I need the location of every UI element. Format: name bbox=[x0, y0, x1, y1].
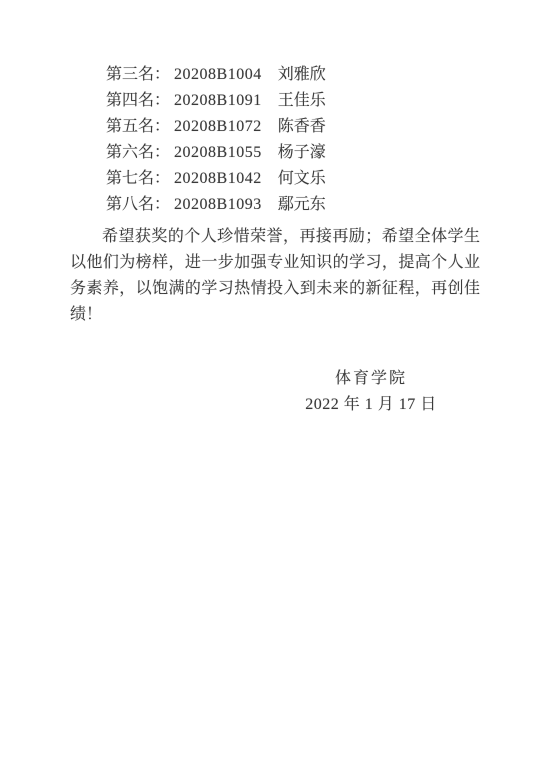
signature-date: 2022 年 1 月 17 日 bbox=[266, 392, 476, 418]
student-id: 20208B1042 bbox=[174, 170, 262, 187]
rank-label: 第八名： bbox=[106, 196, 170, 213]
closing-paragraph: 希望获奖的个人珍惜荣誉，再接再励；希望全体学生以他们为榜样，进一步加强专业知识的… bbox=[70, 224, 480, 328]
rank-label: 第六名： bbox=[106, 144, 170, 161]
rank-row: 第五名：20208B1072陈香香 bbox=[106, 114, 480, 140]
student-name: 杨子濠 bbox=[278, 144, 326, 161]
student-name: 陈香香 bbox=[278, 118, 326, 135]
student-id: 20208B1072 bbox=[174, 118, 262, 135]
student-name: 何文乐 bbox=[278, 170, 326, 187]
student-id: 20208B1055 bbox=[174, 144, 262, 161]
document-page: 第三名：20208B1004刘雅欣 第四名：20208B1091王佳乐 第五名：… bbox=[0, 0, 554, 783]
student-name: 刘雅欣 bbox=[278, 66, 326, 83]
student-id: 20208B1091 bbox=[174, 92, 262, 109]
signature-organization: 体育学院 bbox=[266, 366, 476, 392]
rank-label: 第五名： bbox=[106, 118, 170, 135]
rank-row: 第七名：20208B1042何文乐 bbox=[106, 166, 480, 192]
student-name: 鄢元东 bbox=[278, 196, 326, 213]
rank-label: 第四名： bbox=[106, 92, 170, 109]
student-id: 20208B1093 bbox=[174, 196, 262, 213]
student-id: 20208B1004 bbox=[174, 66, 262, 83]
rank-row: 第八名：20208B1093鄢元东 bbox=[106, 192, 480, 218]
document-content: 第三名：20208B1004刘雅欣 第四名：20208B1091王佳乐 第五名：… bbox=[70, 62, 480, 418]
rank-label: 第七名： bbox=[106, 170, 170, 187]
rank-row: 第六名：20208B1055杨子濠 bbox=[106, 140, 480, 166]
rank-label: 第三名： bbox=[106, 66, 170, 83]
rank-list: 第三名：20208B1004刘雅欣 第四名：20208B1091王佳乐 第五名：… bbox=[70, 62, 480, 218]
signature-block: 体育学院 2022 年 1 月 17 日 bbox=[266, 366, 476, 418]
rank-row: 第四名：20208B1091王佳乐 bbox=[106, 88, 480, 114]
student-name: 王佳乐 bbox=[278, 92, 326, 109]
rank-row: 第三名：20208B1004刘雅欣 bbox=[106, 62, 480, 88]
